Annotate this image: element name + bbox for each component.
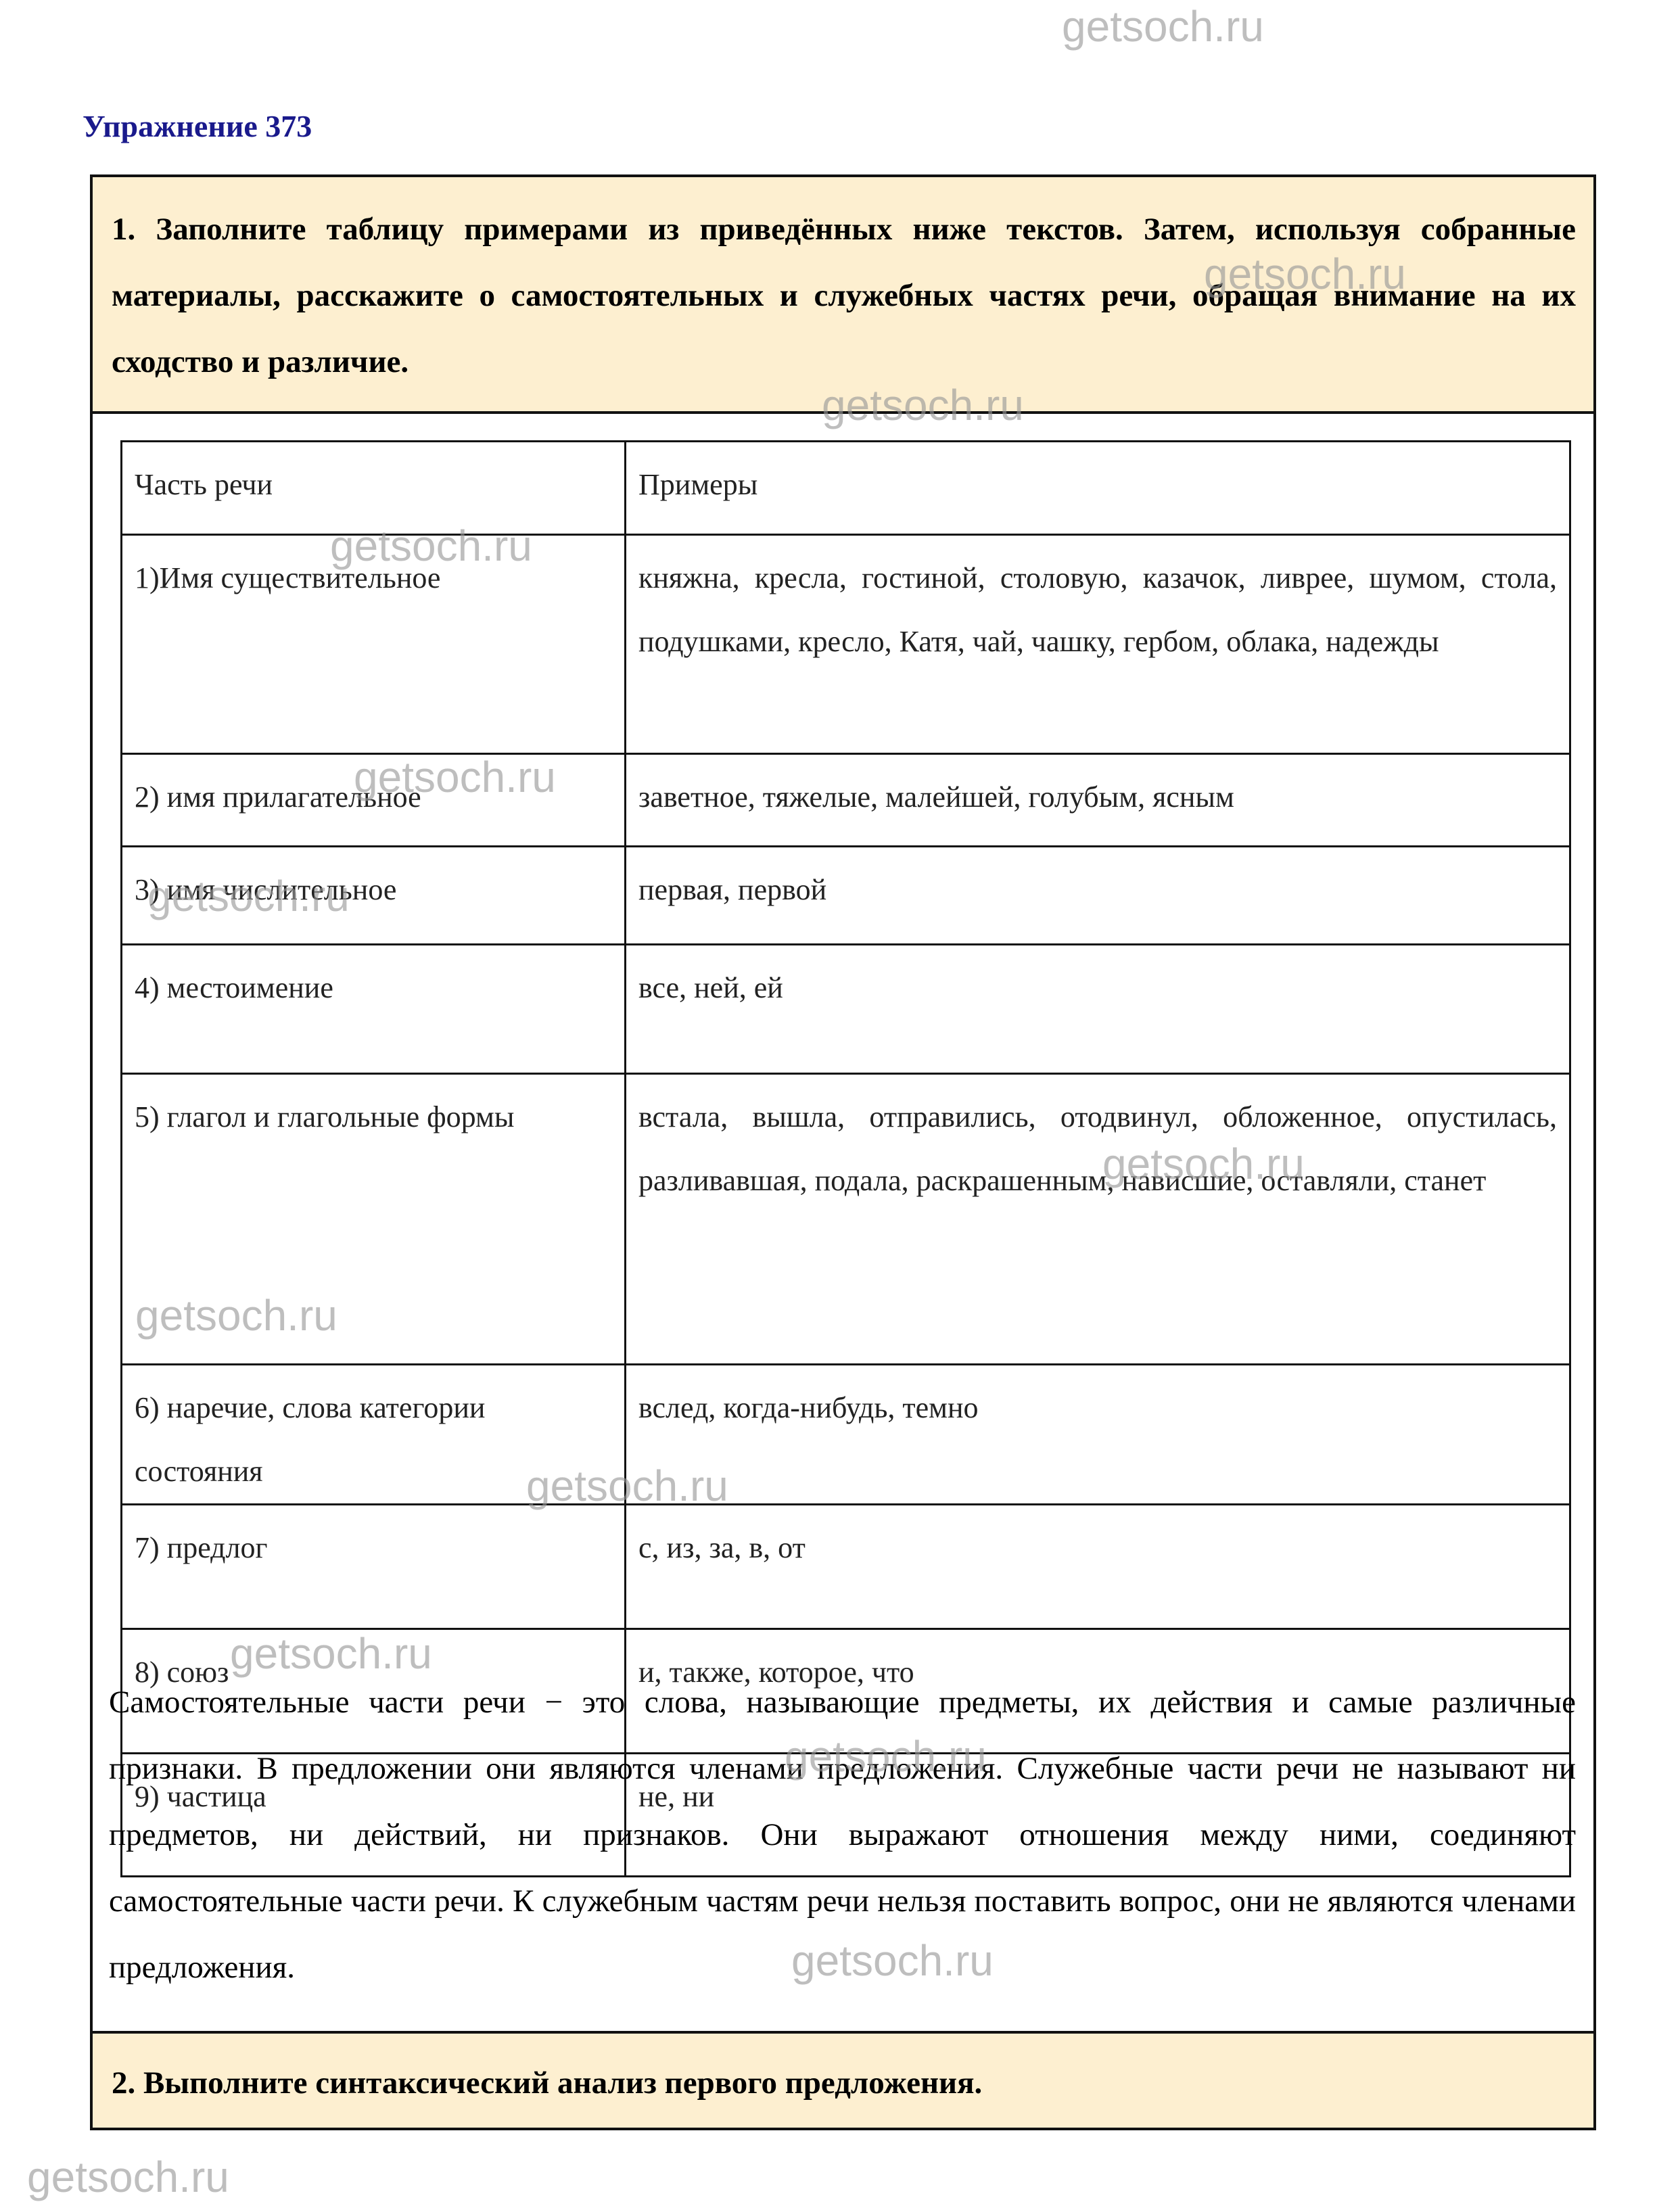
examples-cell: первая, первой (626, 847, 1570, 945)
examples-cell: княжна, кресла, гостиной, столовую, каза… (626, 535, 1570, 754)
part-of-speech-cell: 3) имя числительное (122, 847, 626, 945)
parts-of-speech-table: Часть речи Примеры 1)Имя существительное… (120, 440, 1571, 1877)
part-of-speech-cell: 5) глагол и глагольные формы (122, 1074, 626, 1365)
examples-cell: встала, вышла, отправились, отодвинул, о… (626, 1074, 1570, 1365)
watermark: getsoch.ru (27, 2152, 229, 2202)
table-row: 7) предлог с, из, за, в, от (122, 1505, 1570, 1629)
exercise-heading: Упражнение 373 (83, 108, 312, 144)
part-of-speech-cell: 2) имя прилагательное (122, 754, 626, 847)
table-row: 5) глагол и глагольные формы встала, выш… (122, 1074, 1570, 1365)
table-row: 4) местоимение все, ней, ей (122, 945, 1570, 1074)
examples-cell: все, ней, ей (626, 945, 1570, 1074)
header-examples: Примеры (626, 442, 1570, 535)
part-of-speech-cell: 1)Имя существительное (122, 535, 626, 754)
task-1-text: 1. Заполните таблицу примерами из привед… (112, 212, 1576, 379)
table-row: 6) наречие, слова категории состояния вс… (122, 1365, 1570, 1505)
examples-cell: заветное, тяжелые, малейшей, голубым, яс… (626, 754, 1570, 847)
exercise-box: 1. Заполните таблицу примерами из привед… (90, 174, 1596, 2130)
table-row: 3) имя числительное первая, первой (122, 847, 1570, 945)
task-2: 2. Выполните синтаксический анализ перво… (93, 2031, 1593, 2128)
watermark: getsoch.ru (1062, 1, 1264, 51)
task-1: 1. Заполните таблицу примерами из привед… (93, 177, 1593, 414)
part-of-speech-cell: 4) местоимение (122, 945, 626, 1074)
table-header-row: Часть речи Примеры (122, 442, 1570, 535)
task-2-text: 2. Выполните синтаксический анализ перво… (112, 2065, 982, 2101)
summary-paragraph: Самостоятельные части речи − это слова, … (109, 1669, 1576, 2000)
part-of-speech-cell: 7) предлог (122, 1505, 626, 1629)
table-row: 2) имя прилагательное заветное, тяжелые,… (122, 754, 1570, 847)
examples-cell: вслед, когда-нибудь, темно (626, 1365, 1570, 1505)
header-part-of-speech: Часть речи (122, 442, 626, 535)
part-of-speech-cell: 6) наречие, слова категории состояния (122, 1365, 626, 1505)
examples-cell: с, из, за, в, от (626, 1505, 1570, 1629)
table-row: 1)Имя существительное княжна, кресла, го… (122, 535, 1570, 754)
